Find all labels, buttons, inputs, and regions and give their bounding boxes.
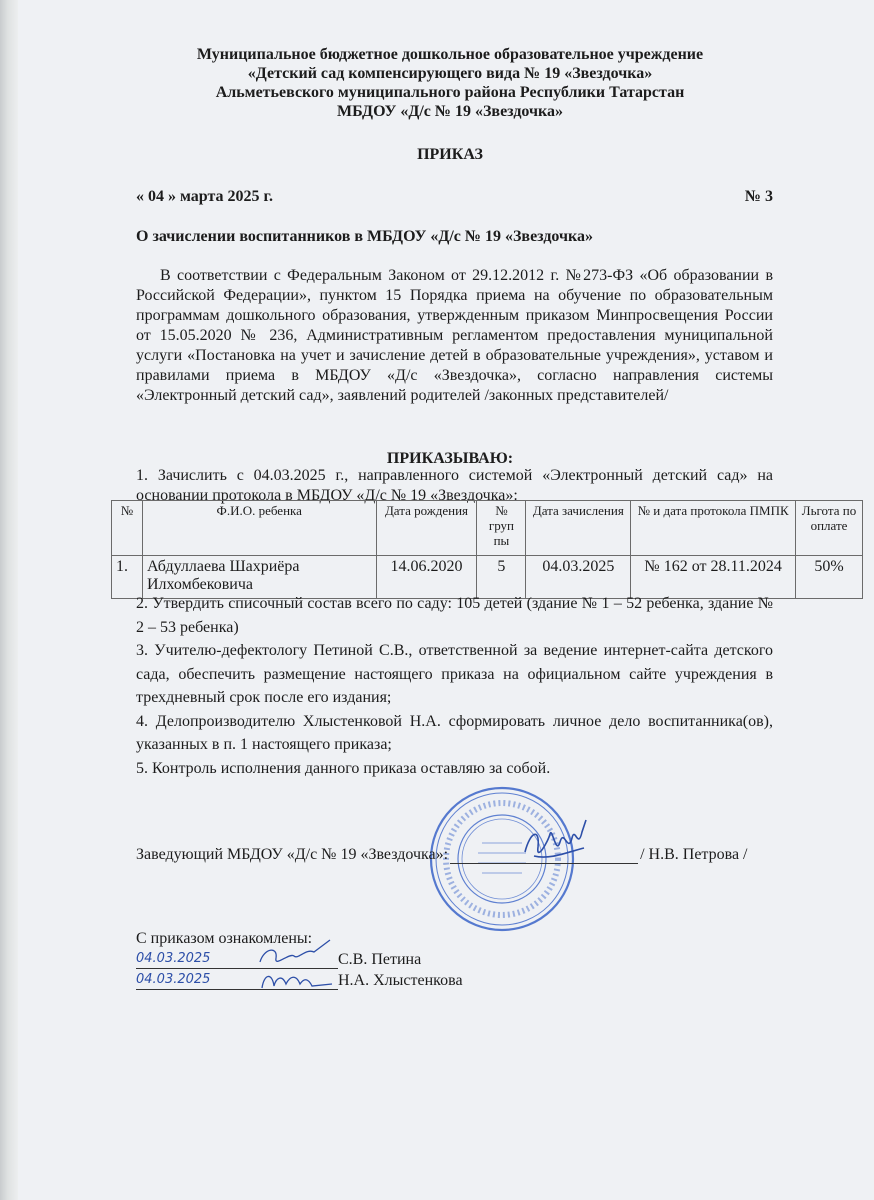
- director-signature-icon: [520, 812, 590, 874]
- column-header-birth-date: Дата рождения: [376, 501, 477, 556]
- cell-benefit: 50%: [796, 556, 863, 599]
- header-line: МБДОУ «Д/с № 19 «Звездочка»: [120, 102, 780, 121]
- column-header-enroll-date: Дата зачисления: [526, 501, 631, 556]
- director-position: Заведующий МБДОУ «Д/с № 19 «Звездочка»:: [136, 846, 448, 864]
- order-items: 2. Утвердить списочный состав всего по с…: [136, 592, 773, 780]
- column-header-protocol: № и дата протокола ПМПК: [631, 501, 796, 556]
- acquainted-name: Н.А. Хлыстенкова: [338, 972, 463, 990]
- director-signature-block: Заведующий МБДОУ «Д/с № 19 «Звездочка»: …: [136, 846, 776, 864]
- organization-header: Муниципальное бюджетное дошкольное образ…: [120, 45, 780, 121]
- document-subject: О зачислении воспитанников в МБДОУ «Д/с …: [136, 228, 776, 246]
- enrollment-table: № Ф.И.О. ребенка Дата рождения № груп пы…: [111, 500, 863, 599]
- document-number: № 3: [745, 188, 773, 206]
- order-item-2: 2. Утвердить списочный состав всего по с…: [136, 592, 773, 639]
- document-date: « 04 » марта 2025 г.: [136, 188, 273, 206]
- table-header-row: № Ф.И.О. ребенка Дата рождения № груп пы…: [112, 501, 863, 556]
- column-header-child-name: Ф.И.О. ребенка: [142, 501, 376, 556]
- preamble-paragraph: В соответствии с Федеральным Законом от …: [136, 266, 773, 406]
- scanned-page: Муниципальное бюджетное дошкольное образ…: [0, 0, 874, 1200]
- document-title: ПРИКАЗ: [120, 146, 780, 164]
- director-name: / Н.В. Петрова /: [640, 846, 747, 864]
- order-item-4: 4. Делопроизводителю Хлыстенковой Н.А. с…: [136, 710, 773, 757]
- header-line: «Детский сад компенсирующего вида № 19 «…: [120, 64, 780, 83]
- order-item-5: 5. Контроль исполнения данного приказа о…: [136, 757, 773, 781]
- column-header-number: №: [112, 501, 143, 556]
- column-header-group: № груп пы: [477, 501, 526, 556]
- order-item-3: 3. Учителю-дефектологу Петиной С.В., отв…: [136, 639, 773, 710]
- column-header-benefit: Льгота по оплате: [796, 501, 863, 556]
- handwritten-signatures-icon: [250, 938, 340, 996]
- scan-edge: [0, 0, 18, 1200]
- signature-line: [450, 849, 638, 864]
- acquainted-name: С.В. Петина: [338, 951, 421, 969]
- header-line: Муниципальное бюджетное дошкольное образ…: [120, 45, 780, 64]
- date-number-line: « 04 » марта 2025 г. № 3: [136, 188, 773, 206]
- header-line: Альметьевского муниципального района Рес…: [120, 83, 780, 102]
